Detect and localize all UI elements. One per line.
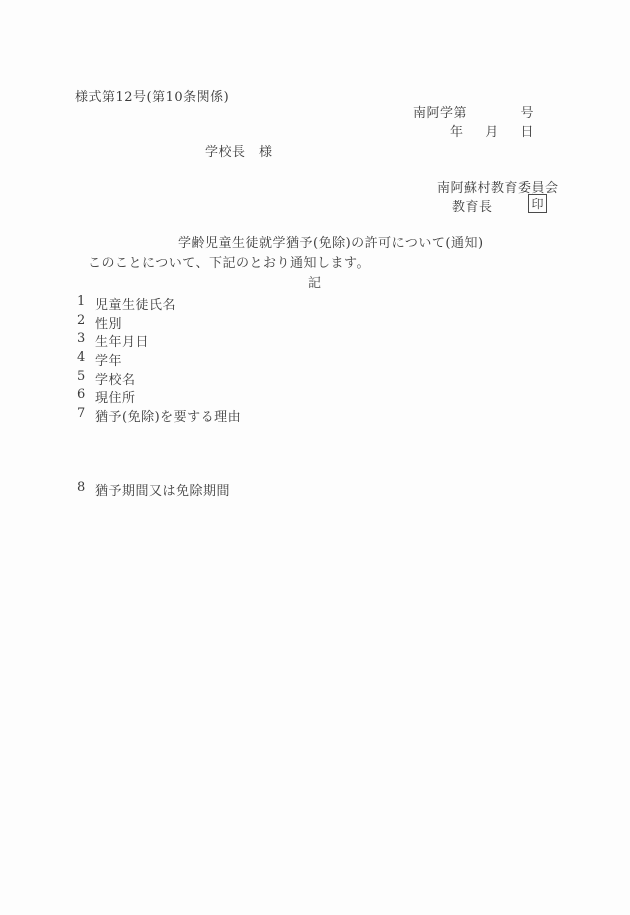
item-number: 5 [77,369,86,384]
doc-number-suffix: 号 [520,102,534,121]
item-label: 猶予(免除)を要する理由 [95,406,241,425]
list-item: 5 学校名 [0,369,630,385]
list-item: 4 学年 [0,350,630,366]
record-marker: 記 [308,272,322,291]
item-label: 猶予期間又は免除期間 [95,480,230,499]
item-label: 児童生徒氏名 [95,294,176,313]
item-label: 学校名 [95,369,136,388]
document-title: 学齢児童生徒就学猶予(免除)の許可について(通知) [178,232,484,251]
list-item: 2 性別 [0,313,630,329]
list-item: 6 現住所 [0,387,630,403]
item-label: 性別 [95,313,122,332]
item-label: 生年月日 [95,331,149,350]
doc-number-prefix: 南阿学第 [413,102,467,121]
list-item: 7 猶予(免除)を要する理由 [0,406,630,422]
form-number: 様式第12号(第10条関係) [75,86,229,105]
list-item: 1 児童生徒氏名 [0,294,630,310]
list-item: 8 猶予期間又は免除期間 [0,480,630,496]
addressee: 学校長 様 [205,141,273,160]
item-number: 8 [77,480,86,495]
item-number: 2 [77,313,86,328]
intro-text: このことについて、下記のとおり通知します。 [88,252,370,271]
date-line: 年 月 日 [450,121,534,140]
item-label: 現住所 [95,387,136,406]
item-number: 4 [77,350,86,365]
date-month-label: 月 [485,121,499,140]
item-number: 7 [77,406,86,421]
seal-placeholder: 印 [528,194,547,213]
item-number: 3 [77,331,86,346]
doc-number-line: 南阿学第 号 [413,102,534,121]
date-day-label: 日 [520,121,534,140]
item-number: 6 [77,387,86,402]
issuer-title: 教育長 [452,196,493,215]
list-item: 3 生年月日 [0,331,630,347]
document-page: 様式第12号(第10条関係) 南阿学第 号 年 月 日 学校長 様 南阿蘇村教育… [0,0,630,915]
date-year-label: 年 [450,121,464,140]
item-number: 1 [77,294,86,309]
item-label: 学年 [95,350,122,369]
